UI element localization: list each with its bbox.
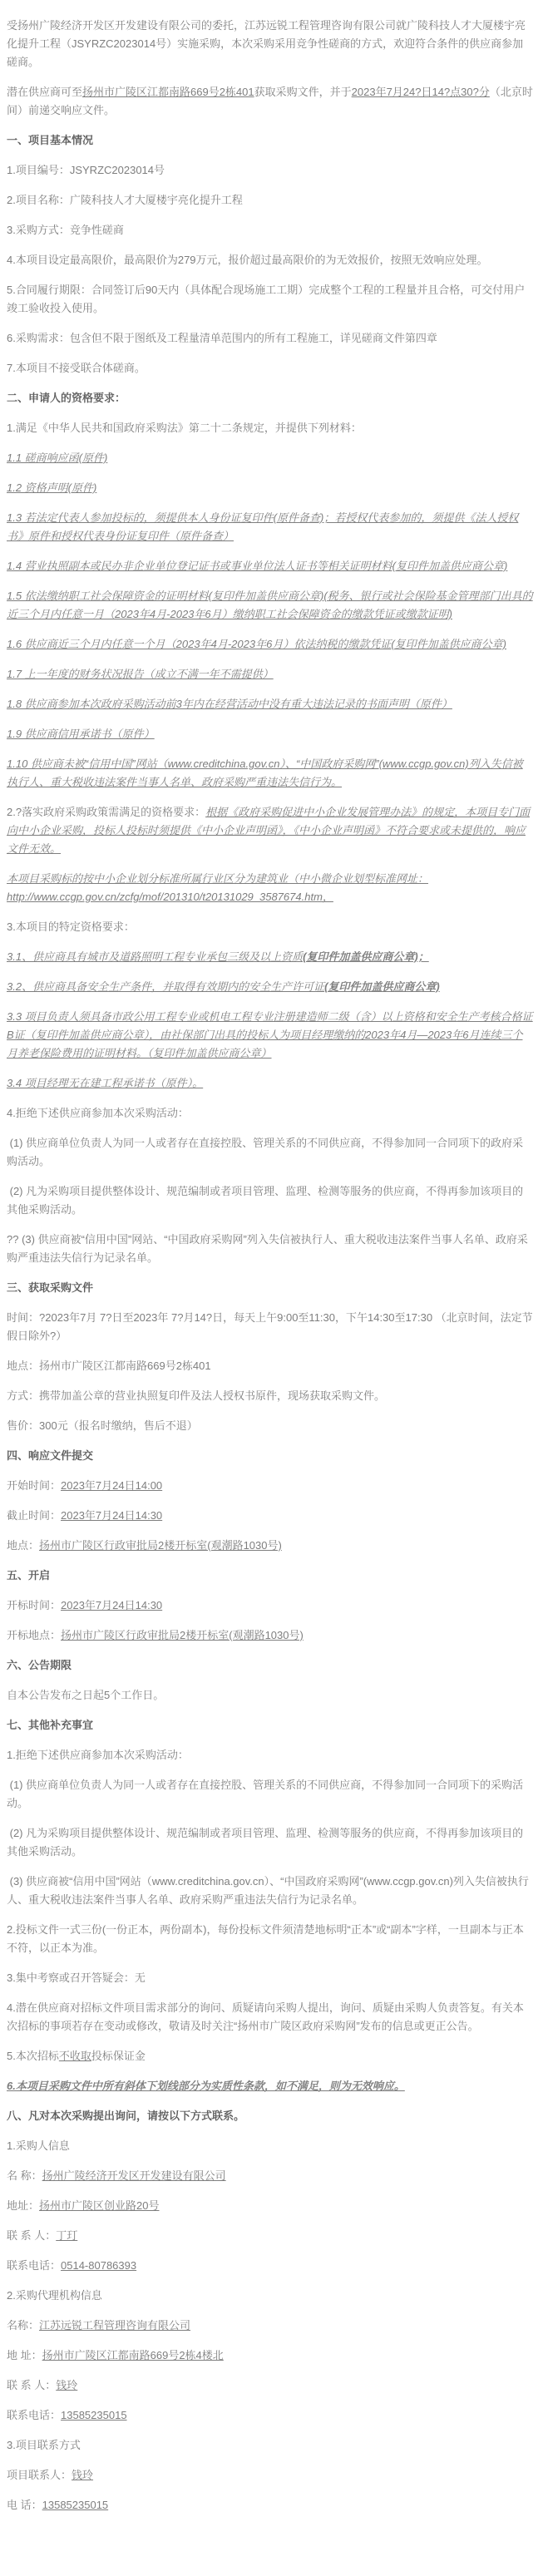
underlined-text: 2023年7月24日14:30 [61, 1599, 162, 1611]
section-heading: 七、其他补充事宜 [7, 1716, 533, 1735]
paragraph: 1.满足《中华人民共和国政府采购法》第二十二条规定，并提供下列材料： [7, 419, 533, 437]
paragraph: 1.5 依法缴纳职工社会保障资金的证明材料(复印件加盖供应商公章)(税务、银行或… [7, 587, 533, 624]
paragraph: 2.采购代理机构信息 [7, 2287, 533, 2305]
paragraph: 6.本项目采购文件中所有斜体下划线部分为实质性条款，如不满足，则为无效响应。 [7, 2077, 533, 2095]
paragraph: 1.9 供应商信用承诺书（原件） [7, 725, 533, 743]
paragraph: 联 系 人：钱玲 [7, 2376, 533, 2395]
paragraph: 1.项目编号：JSYRZC2023014号 [7, 161, 533, 180]
underlined-text: 扬州市广陵区江都南路669号2栋401 [82, 86, 254, 98]
underlined-text: 3.1、供应商具有城市及道路照明工程专业承包三级及以上资质 [7, 950, 303, 963]
paragraph: 1.2 资格声明(原件) [7, 479, 533, 497]
paragraph: 联系电话：0514-80786393 [7, 2257, 533, 2275]
underlined-text: 6.本项目采购文件中所有斜体下划线部分为实质性条款，如不满足，则为无效响应。 [7, 2080, 405, 2092]
underlined-text: 1.9 供应商信用承诺书（原件） [7, 728, 155, 740]
text-run: 3.采购方式：竞争性磋商 [7, 224, 124, 236]
text-run: 2.采购代理机构信息 [7, 2289, 102, 2302]
paragraph: 3.3 项目负责人须具备市政公用工程专业或机电工程专业注册建造师二级（含）以上资… [7, 1008, 533, 1063]
text-run: 三、获取采购文件 [7, 1281, 93, 1294]
paragraph: 3.本项目的特定资格要求： [7, 918, 533, 936]
paragraph: 地址：扬州市广陵区创业路20号 [7, 2197, 533, 2215]
section-heading: 六、公告期限 [7, 1656, 533, 1675]
paragraph: 1.4 营业执照副本或民办非企业单位登记证书或事业单位法人证书等相关证明材料(复… [7, 557, 533, 575]
text-run: 八、凡对本次采购提出询问，请按以下方式联系。 [7, 2110, 244, 2122]
underlined-text: 13585235015 [61, 2409, 127, 2421]
text-run: 2.?落实政府采购政策需满足的资格要求： [7, 806, 205, 818]
paragraph: 3.采购方式：竞争性磋商 [7, 221, 533, 239]
paragraph: (2) 凡为采购项目提供整体设计、规范编制或者项目管理、监理、检测等服务的供应商… [7, 1182, 533, 1219]
paragraph: 地点：扬州市广陵区江都南路669号2栋401 [7, 1357, 533, 1375]
paragraph: 本项目采购标的按中小企业划分标准所属行业区分为建筑业（中小微企业划型标准网址：h… [7, 870, 533, 906]
underlined-text: 扬州市广陵区行政审批局2楼开标室(观潮路1030号) [61, 1629, 304, 1641]
paragraph: 方式：携带加盖公章的营业执照复印件及法人授权书原件，现场获取采购文件。 [7, 1387, 533, 1405]
text-run: 3.项目联系方式 [7, 2439, 81, 2451]
underlined-text: 3.4 项目经理无在建工程承诺书（原件）。 [7, 1077, 203, 1089]
text-run: 3.集中考察或召开答疑会：无 [7, 1971, 146, 1984]
section-heading: 五、开启 [7, 1567, 533, 1585]
paragraph: 开标地点：扬州市广陵区行政审批局2楼开标室(观潮路1030号) [7, 1626, 533, 1645]
text-run: (3) 供应商被“信用中国”网站（www.creditchina.gov.cn）… [7, 1875, 529, 1906]
paragraph: 4.本项目设定最高限价，最高限价为279万元，报价超过最高限价的为无效报价，按照… [7, 251, 533, 269]
text-run: 5.本次招标 [7, 2050, 59, 2062]
underlined-text: 2023年7月24日14:30 [61, 1509, 162, 1522]
text-run: 联 系 人： [7, 2379, 56, 2391]
underlined-text: 3.2、供应商具备安全生产条件，并取得有效期内的安全生产许可证 [7, 980, 324, 993]
text-run: 地址： [7, 2199, 39, 2212]
text-run: 联系电话： [7, 2409, 61, 2421]
underlined-text: 1.7 上一年度的财务状况报告（成立不满一年不需提供） [7, 668, 274, 680]
paragraph: 地点：扬州市广陵区行政审批局2楼开标室(观潮路1030号) [7, 1537, 533, 1555]
text-run: 开始时间： [7, 1479, 61, 1492]
paragraph: 受扬州广陵经济开发区开发建设有限公司的委托，江苏远锐工程管理咨询有限公司就广陵科… [7, 17, 533, 72]
text-run: 六、公告期限 [7, 1659, 72, 1671]
text-run: 自本公告发布之日起5个工作日。 [7, 1689, 164, 1701]
underlined-text: 扬州市广陵区江都南路669号2栋4楼北 [42, 2349, 224, 2361]
paragraph: 4.拒绝下述供应商参加本次采购活动： [7, 1104, 533, 1123]
text-run: 方式：携带加盖公章的营业执照复印件及法人授权书原件，现场获取采购文件。 [7, 1389, 385, 1402]
underlined-text: 扬州市广陵区行政审批局2楼开标室(观潮路1030号) [39, 1539, 282, 1552]
underlined-text: 1.8 供应商参加本次政府采购活动前3年内在经营活动中没有重大违法记录的书面声明… [7, 698, 452, 710]
paragraph: 自本公告发布之日起5个工作日。 [7, 1686, 533, 1705]
text-run: (1) 供应商单位负责人为同一人或者存在直接控股、管理关系的不同供应商，不得参加… [7, 1779, 523, 1809]
text-run: 潜在供应商可至 [7, 86, 82, 98]
paragraph: 时间：?2023年7月 7?日至2023年 7?月14?日，每天上午9:00至1… [7, 1309, 533, 1345]
text-run: 2.投标文件一式三份(一份正本，两份副本)，每份投标文件须清楚地标明“正本”或“… [7, 1923, 524, 1954]
text-run: 1.拒绝下述供应商参加本次采购活动： [7, 1749, 189, 1761]
text-run: 6.采购需求：包含但不限于图纸及工程量清单范围内的所有工程施工，详见磋商文件第四… [7, 332, 437, 344]
paragraph: 1.8 供应商参加本次政府采购活动前3年内在经营活动中没有重大违法记录的书面声明… [7, 695, 533, 713]
underlined-text: 1.1 磋商响应函(原件) [7, 452, 107, 464]
underlined-text: 扬州广陵经济开发区开发建设有限公司 [42, 2169, 226, 2182]
underlined-text: (复印件加盖供应商公章)； [303, 950, 429, 963]
text-run: 联系电话： [7, 2259, 61, 2272]
text-run: 名 称： [7, 2169, 42, 2182]
text-run: (1) 供应商单位负责人为同一人或者存在直接控股、管理关系的不同供应商，不得参加… [7, 1137, 523, 1167]
text-run: 七、其他补充事宜 [7, 1719, 93, 1731]
text-run: 联 系 人： [7, 2229, 56, 2242]
underlined-text: 1.5 依法缴纳职工社会保障资金的证明材料(复印件加盖供应商公章)(税务、银行或… [7, 590, 533, 620]
paragraph: 2.?落实政府采购政策需满足的资格要求：根据《政府采购促进中小企业发展管理办法》… [7, 803, 533, 858]
text-run: 电 话： [7, 2499, 42, 2511]
section-heading: 四、响应文件提交 [7, 1447, 533, 1465]
underlined-text: 1.10 供应商未被“信用中国”网站（www.creditchina.gov.c… [7, 758, 523, 788]
paragraph: (2) 凡为采购项目提供整体设计、规范编制或者项目管理、监理、检测等服务的供应商… [7, 1824, 533, 1861]
text-run: 四、响应文件提交 [7, 1449, 93, 1462]
paragraph: 联 系 人：丁玎 [7, 2227, 533, 2245]
underlined-text: 钱玲 [56, 2379, 77, 2391]
paragraph: 售价：300元（报名时缴纳，售后不退） [7, 1417, 533, 1435]
paragraph: 1.3 若法定代表人参加投标的，须提供本人身份证复印件(原件备查)；若授权代表参… [7, 509, 533, 545]
paragraph: 潜在供应商可至扬州市广陵区江都南路669号2栋401获取采购文件，并于2023年… [7, 83, 533, 120]
paragraph: 3.2、供应商具备安全生产条件，并取得有效期内的安全生产许可证(复印件加盖供应商… [7, 978, 533, 996]
text-run: 一、项目基本情况 [7, 134, 93, 146]
underlined-text: 丁玎 [56, 2229, 77, 2242]
paragraph: 1.拒绝下述供应商参加本次采购活动： [7, 1746, 533, 1764]
paragraph: 联系电话：13585235015 [7, 2406, 533, 2425]
paragraph: 6.采购需求：包含但不限于图纸及工程量清单范围内的所有工程施工，详见磋商文件第四… [7, 329, 533, 348]
paragraph: (1) 供应商单位负责人为同一人或者存在直接控股、管理关系的不同供应商，不得参加… [7, 1134, 533, 1171]
paragraph: 2.投标文件一式三份(一份正本，两份副本)，每份投标文件须清楚地标明“正本”或“… [7, 1921, 533, 1957]
underlined-text: 1.3 若法定代表人参加投标的，须提供本人身份证复印件(原件备查)；若授权代表参… [7, 511, 518, 542]
paragraph: 2.项目名称：广陵科技人才大厦楼宇亮化提升工程 [7, 191, 533, 210]
text-run: 受扬州广陵经济开发区开发建设有限公司的委托，江苏远锐工程管理咨询有限公司就广陵科… [7, 19, 526, 68]
paragraph: 地 址：扬州市广陵区江都南路669号2栋4楼北 [7, 2347, 533, 2365]
text-run: 4.潜在供应商对招标文件项目需求部分的询问、质疑请向采购人提出，询问、质疑由采购… [7, 2001, 524, 2032]
underlined-text: (复印件加盖供应商公章) [324, 980, 440, 993]
paragraph: 3.4 项目经理无在建工程承诺书（原件）。 [7, 1074, 533, 1093]
paragraph: 3.项目联系方式 [7, 2436, 533, 2455]
underlined-text: 2023年7月24日14:00 [61, 1479, 162, 1492]
text-run: 项目联系人： [7, 2469, 72, 2481]
document-body: 受扬州广陵经济开发区开发建设有限公司的委托，江苏远锐工程管理咨询有限公司就广陵科… [7, 17, 533, 2514]
text-run: 开标时间： [7, 1599, 61, 1611]
section-heading: 二、申请人的资格要求： [7, 389, 533, 407]
text-run: 1.项目编号：JSYRZC2023014号 [7, 164, 165, 176]
paragraph: 电 话：13585235015 [7, 2496, 533, 2514]
paragraph: 1.采购人信息 [7, 2137, 533, 2155]
text-run: 地点：扬州市广陵区江都南路669号2栋401 [7, 1360, 211, 1372]
paragraph: 5.合同履行期限：合同签订后90天内（具体配合现场施工工期）完成整个工程的工程量… [7, 281, 533, 318]
text-run: 时间：?2023年7月 7?日至2023年 7?月14?日，每天上午9:00至1… [7, 1311, 533, 1342]
text-run: 获取采购文件，并于 [254, 86, 352, 98]
paragraph: (3) 供应商被“信用中国”网站（www.creditchina.gov.cn）… [7, 1873, 533, 1909]
underlined-text: 本项目采购标的按中小企业划分标准所属行业区分为建筑业（中小微企业划型标准网址：h… [7, 872, 428, 903]
underlined-text: 不收取 [59, 2050, 91, 2062]
paragraph: 1.7 上一年度的财务状况报告（成立不满一年不需提供） [7, 665, 533, 683]
text-run: 开标地点： [7, 1629, 61, 1641]
section-heading: 八、凡对本次采购提出询问，请按以下方式联系。 [7, 2107, 533, 2125]
text-run: 二、申请人的资格要求： [7, 392, 126, 404]
procurement-announcement-document: 受扬州广陵经济开发区开发建设有限公司的委托，江苏远锐工程管理咨询有限公司就广陵科… [0, 0, 538, 2576]
text-run: 1.满足《中华人民共和国政府采购法》第二十二条规定，并提供下列材料： [7, 422, 362, 434]
paragraph: 7.本项目不接受联合体磋商。 [7, 359, 533, 378]
text-run: (2) 凡为采购项目提供整体设计、规范编制或者项目管理、监理、检测等服务的供应商… [7, 1185, 523, 1216]
underlined-text: 3.3 项目负责人须具备市政公用工程专业或机电工程专业注册建造师二级（含）以上资… [7, 1010, 533, 1059]
paragraph: ?? (3) 供应商被“信用中国”网站、“中国政府采购网”列入失信被执行人、重大… [7, 1231, 533, 1267]
paragraph: 1.1 磋商响应函(原件) [7, 449, 533, 467]
text-run: 地 址： [7, 2349, 42, 2361]
section-heading: 一、项目基本情况 [7, 131, 533, 150]
text-run: 五、开启 [7, 1569, 50, 1582]
underlined-text: 2023年7月24?日14?点30?分 [352, 86, 490, 98]
underlined-text: 0514-80786393 [61, 2259, 136, 2272]
text-run: 售价：300元（报名时缴纳，售后不退） [7, 1419, 198, 1432]
text-run: 3.本项目的特定资格要求： [7, 920, 135, 933]
underlined-text: 1.4 营业执照副本或民办非企业单位登记证书或事业单位法人证书等相关证明材料(复… [7, 560, 507, 572]
text-run: 2.项目名称：广陵科技人才大厦楼宇亮化提升工程 [7, 194, 243, 206]
underlined-text: 1.6 供应商近三个月内任意一个月（2023年4月-2023年6月）依法纳税的缴… [7, 638, 506, 650]
paragraph: 3.1、供应商具有城市及道路照明工程专业承包三级及以上资质(复印件加盖供应商公章… [7, 948, 533, 966]
text-run: 4.拒绝下述供应商参加本次采购活动： [7, 1107, 189, 1119]
paragraph: 名称：江苏远锐工程管理咨询有限公司 [7, 2317, 533, 2335]
text-run: ?? (3) 供应商被“信用中国”网站、“中国政府采购网”列入失信被执行人、重大… [7, 1233, 528, 1264]
underlined-text: 钱玲 [72, 2469, 93, 2481]
paragraph: 开标时间：2023年7月24日14:30 [7, 1596, 533, 1615]
text-run: 4.本项目设定最高限价，最高限价为279万元，报价超过最高限价的为无效报价，按照… [7, 254, 488, 266]
underlined-text: 1.2 资格声明(原件) [7, 481, 96, 494]
text-run: 截止时间： [7, 1509, 61, 1522]
underlined-text: 江苏远锐工程管理咨询有限公司 [39, 2319, 190, 2332]
paragraph: 3.集中考察或召开答疑会：无 [7, 1969, 533, 1987]
paragraph: 1.10 供应商未被“信用中国”网站（www.creditchina.gov.c… [7, 755, 533, 792]
paragraph: (1) 供应商单位负责人为同一人或者存在直接控股、管理关系的不同供应商，不得参加… [7, 1776, 533, 1813]
paragraph: 项目联系人：钱玲 [7, 2466, 533, 2485]
paragraph: 截止时间：2023年7月24日14:30 [7, 1507, 533, 1525]
text-run: 5.合同履行期限：合同签订后90天内（具体配合现场施工工期）完成整个工程的工程量… [7, 284, 525, 314]
text-run: 地点： [7, 1539, 39, 1552]
section-heading: 三、获取采购文件 [7, 1279, 533, 1297]
text-run: 7.本项目不接受联合体磋商。 [7, 362, 146, 374]
paragraph: 4.潜在供应商对招标文件项目需求部分的询问、质疑请向采购人提出，询问、质疑由采购… [7, 1999, 533, 2036]
underlined-text: 扬州市广陵区创业路20号 [39, 2199, 159, 2212]
text-run: 1.采购人信息 [7, 2139, 70, 2152]
paragraph: 开始时间：2023年7月24日14:00 [7, 1477, 533, 1495]
underlined-text: 13585235015 [42, 2499, 109, 2511]
paragraph: 名 称：扬州广陵经济开发区开发建设有限公司 [7, 2167, 533, 2185]
text-run: (2) 凡为采购项目提供整体设计、规范编制或者项目管理、监理、检测等服务的供应商… [7, 1827, 523, 1858]
paragraph: 1.6 供应商近三个月内任意一个月（2023年4月-2023年6月）依法纳税的缴… [7, 635, 533, 654]
text-run: 名称： [7, 2319, 39, 2332]
text-run: 投标保证金 [91, 2050, 146, 2062]
paragraph: 5.本次招标不收取投标保证金 [7, 2047, 533, 2065]
